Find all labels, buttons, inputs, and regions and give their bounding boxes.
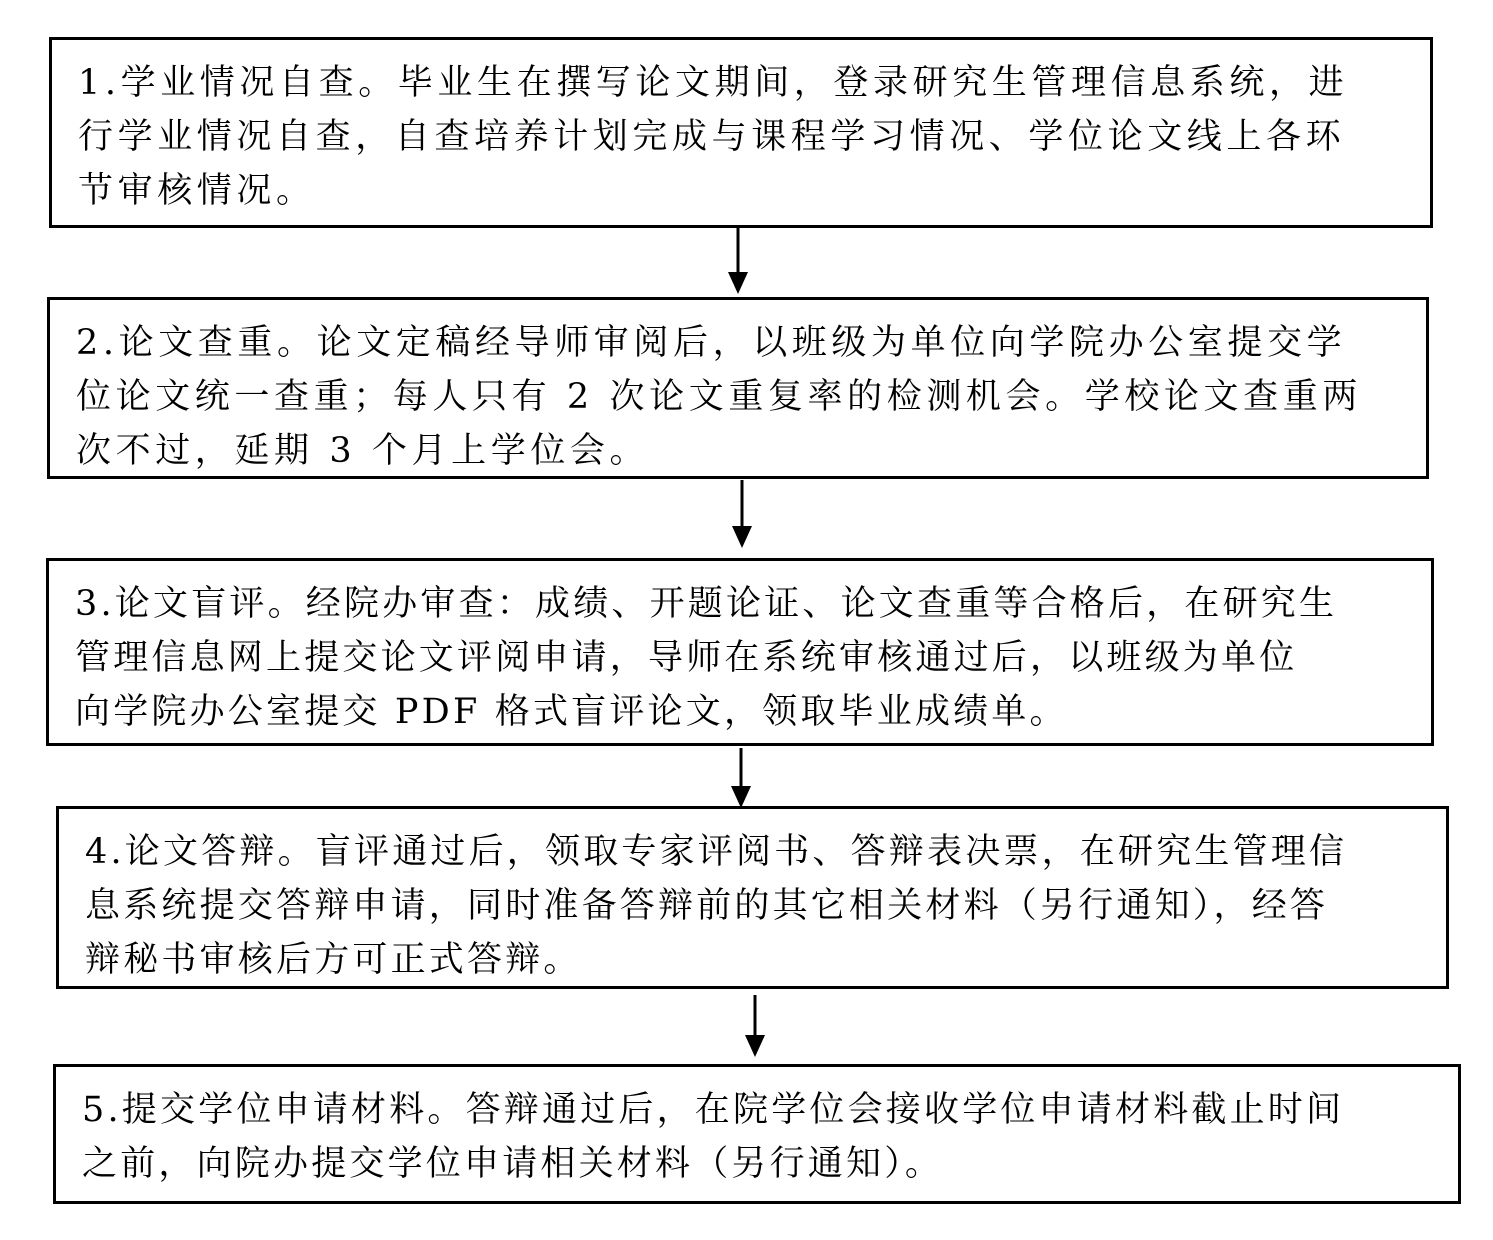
step-5-line-2: 之前，向院办提交学位申请相关材料（另行通知）。 [82, 1144, 943, 1184]
step-3-line-2: 管理信息网上提交论文评阅申请，导师在系统审核通过后，以班级为单位 [75, 638, 1297, 678]
step-2-line-3: 次不过，延期 3 个月上学位会。 [76, 431, 649, 471]
step-2-box: 2.论文查重。论文定稿经导师审阅后，以班级为单位向学院办公室提交学 位论文统一查… [47, 297, 1429, 479]
step-4-line-3: 辩秘书审核后方可正式答辩。 [85, 940, 582, 980]
step-4-line-2: 息系统提交答辩申请，同时准备答辩前的其它相关材料（另行通知），经答 [85, 886, 1328, 926]
arrow-down-icon [726, 228, 750, 294]
step-4-line-1: 4.论文答辩。盲评通过后，领取专家评阅书、答辩表决票，在研究生管理信 [85, 832, 1347, 872]
arrow-down-icon [729, 748, 753, 808]
step-5-box: 5.提交学位申请材料。答辩通过后，在院学位会接收学位申请材料截止时间 之前，向院… [53, 1064, 1461, 1204]
arrow-down-icon [730, 480, 754, 548]
step-2-line-2: 位论文统一查重；每人只有 2 次论文重复率的检测机会。学校论文查重两 [76, 377, 1362, 417]
step-1-line-3: 节审核情况。 [78, 171, 316, 211]
step-1-box: 1.学业情况自查。毕业生在撰写论文期间，登录研究生管理信息系统，进 行学业情况自… [49, 37, 1433, 228]
step-4-text: 4.论文答辩。盲评通过后，领取专家评阅书、答辩表决票，在研究生管理信 息系统提交… [85, 825, 1428, 987]
step-3-text: 3.论文盲评。经院办审查：成绩、开题论证、论文查重等合格后，在研究生 管理信息网… [75, 577, 1413, 739]
step-3-line-1: 3.论文盲评。经院办审查：成绩、开题论证、论文查重等合格后，在研究生 [75, 584, 1337, 624]
step-3-box: 3.论文盲评。经院办审查：成绩、开题论证、论文查重等合格后，在研究生 管理信息网… [46, 558, 1434, 746]
step-2-line-1: 2.论文查重。论文定稿经导师审阅后，以班级为单位向学院办公室提交学 [76, 323, 1346, 363]
step-2-text: 2.论文查重。论文定稿经导师审阅后，以班级为单位向学院办公室提交学 位论文统一查… [76, 316, 1408, 478]
arrow-down-icon [743, 995, 767, 1057]
step-1-line-1: 1.学业情况自查。毕业生在撰写论文期间，登录研究生管理信息系统，进 [78, 63, 1348, 103]
step-5-line-1: 5.提交学位申请材料。答辩通过后，在院学位会接收学位申请材料截止时间 [82, 1090, 1344, 1130]
step-1-line-2: 行学业情况自查，自查培养计划完成与课程学习情况、学位论文线上各环 [78, 117, 1345, 157]
step-4-box: 4.论文答辩。盲评通过后，领取专家评阅书、答辩表决票，在研究生管理信 息系统提交… [56, 806, 1449, 989]
step-3-line-3: 向学院办公室提交 PDF 格式盲评论文，领取毕业成绩单。 [75, 692, 1068, 732]
step-1-text: 1.学业情况自查。毕业生在撰写论文期间，登录研究生管理信息系统，进 行学业情况自… [78, 56, 1412, 218]
step-5-text: 5.提交学位申请材料。答辩通过后，在院学位会接收学位申请材料截止时间 之前，向院… [82, 1083, 1440, 1191]
